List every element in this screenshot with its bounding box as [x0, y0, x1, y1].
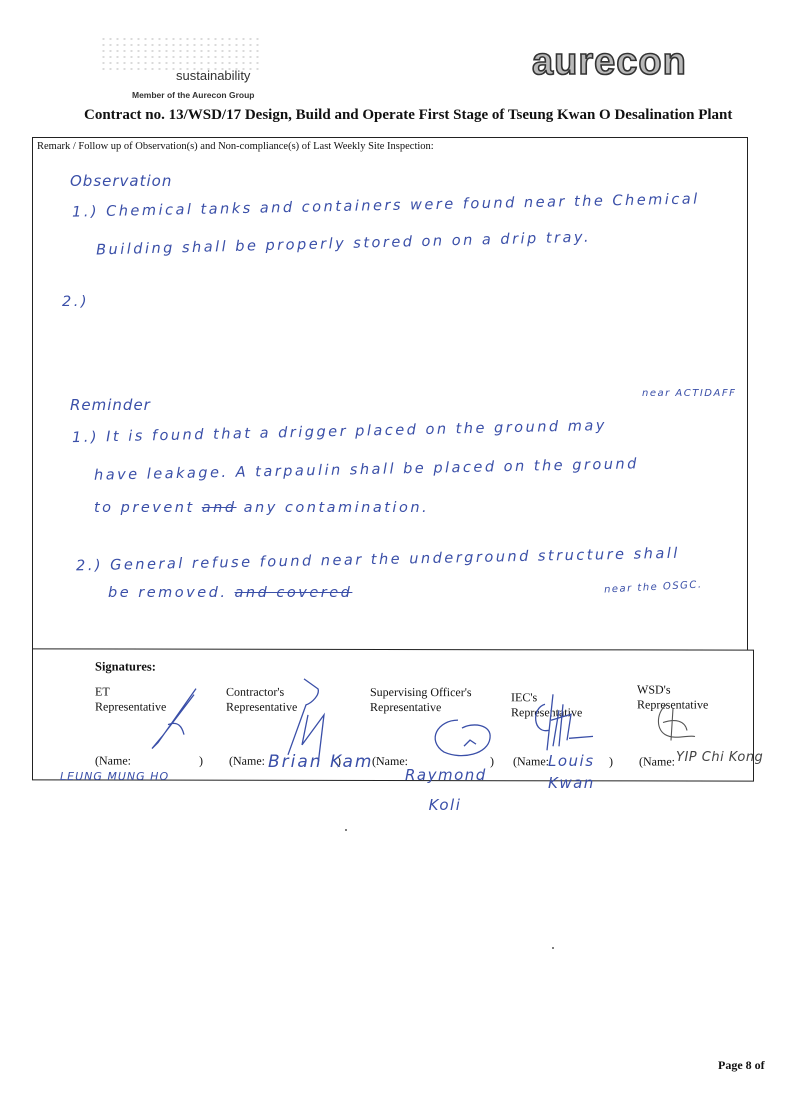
- struck-text: and covered: [235, 585, 353, 601]
- signatures-title: Signatures:: [95, 659, 156, 674]
- supervising-officer-signature-icon: [418, 710, 508, 760]
- scan-speck: [345, 829, 347, 831]
- contractor-handwritten-name: Brian Kam: [268, 752, 374, 772]
- et-signature-icon: [138, 685, 208, 755]
- name-field-et: (Name:): [95, 753, 203, 768]
- reminder-item-2-line-2: be removed. and covered: [108, 585, 352, 601]
- contract-title: Contract no. 13/WSD/17 Design, Build and…: [84, 107, 732, 124]
- role-label: Supervising Officer's: [370, 685, 472, 700]
- wsd-handwritten-name: YIP Chi Kong: [676, 750, 763, 765]
- reminder-insert-note: near ACTIDAFF: [642, 388, 736, 399]
- reminder-heading: Reminder: [70, 396, 151, 414]
- role-label: WSD's: [637, 682, 708, 697]
- supervising-officer-handwritten-name: Raymond Koli: [405, 760, 485, 820]
- reminder-text: be removed.: [108, 585, 227, 601]
- remark-label: Remark / Follow up of Observation(s) and…: [37, 141, 434, 152]
- et-handwritten-name: LEUNG MUNG HO: [60, 770, 169, 783]
- logo-subtext: Member of the Aurecon Group: [132, 90, 254, 100]
- observation-item-2: 2.): [62, 294, 89, 310]
- reminder-item-1-line-3: to prevent and any contamination.: [94, 500, 429, 516]
- aurecon-logo: aurecon: [532, 40, 687, 84]
- sustainability-logo: sustainability Member of the Aurecon Gro…: [92, 36, 272, 106]
- wsd-signature-icon: [645, 700, 705, 745]
- logo-text: sustainability: [176, 68, 250, 83]
- observation-heading: Observation: [70, 172, 172, 190]
- scan-speck: [552, 947, 554, 949]
- name-field-wsd: (Name:: [639, 754, 675, 769]
- struck-text: and: [202, 500, 237, 516]
- page-number: Page 8 of: [718, 1058, 765, 1073]
- iec-handwritten-name: Louis Kwan: [548, 750, 608, 794]
- logo-dot-pattern-icon: [100, 36, 260, 72]
- reminder-text: to prevent: [94, 500, 195, 516]
- signature-box: Signatures: ET Representative Contractor…: [32, 648, 754, 781]
- reminder-text: any contamination.: [244, 500, 429, 516]
